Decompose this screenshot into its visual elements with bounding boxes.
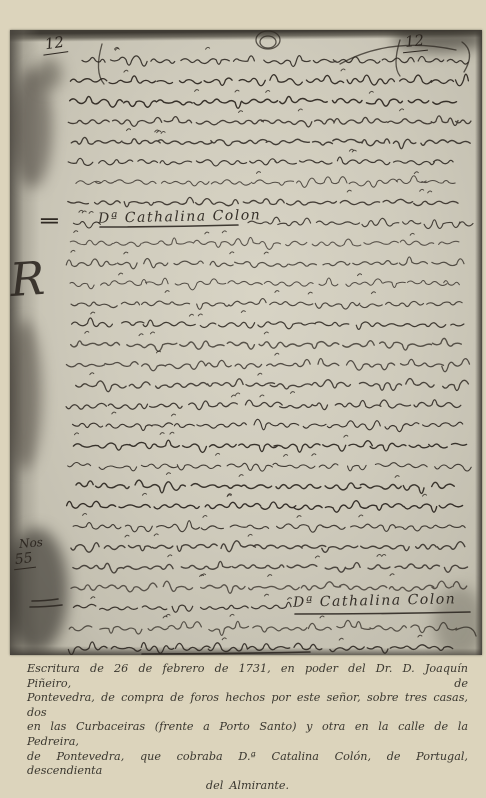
book-page: 12 12 = R Nos 55 Dª Cathalina Colon Dª C… — [0, 0, 486, 798]
caption-line: de Pontevedra, que cobraba D.ª Catalina … — [27, 750, 468, 779]
handwriting-svg — [10, 30, 482, 655]
margin-note-number: 55 — [12, 550, 36, 571]
caption-line: Pontevedra, de compra de foros hechos po… — [27, 691, 468, 720]
caption-line: Escritura de 26 de febrero de 1731, en p… — [27, 662, 468, 691]
caption-line: del Almirante. — [27, 779, 468, 794]
margin-letter: R — [10, 255, 46, 303]
folio-number-right: 12 — [401, 31, 428, 54]
margin-note-label: Nos — [18, 535, 43, 551]
underlined-name-fragment-2: Dª Cathalina Colon — [293, 591, 457, 610]
manuscript-photo: 12 12 = R Nos 55 Dª Cathalina Colon Dª C… — [10, 30, 482, 655]
caption-line: en las Curbaceiras (frente a Porto Santo… — [27, 720, 468, 749]
underlined-name-fragment-1: Dª Cathalina Colon — [98, 207, 262, 226]
margin-dash-mark: = — [38, 211, 61, 230]
folio-number-left: 12 — [41, 32, 69, 55]
caption: Escritura de 26 de febrero de 1731, en p… — [27, 662, 468, 793]
